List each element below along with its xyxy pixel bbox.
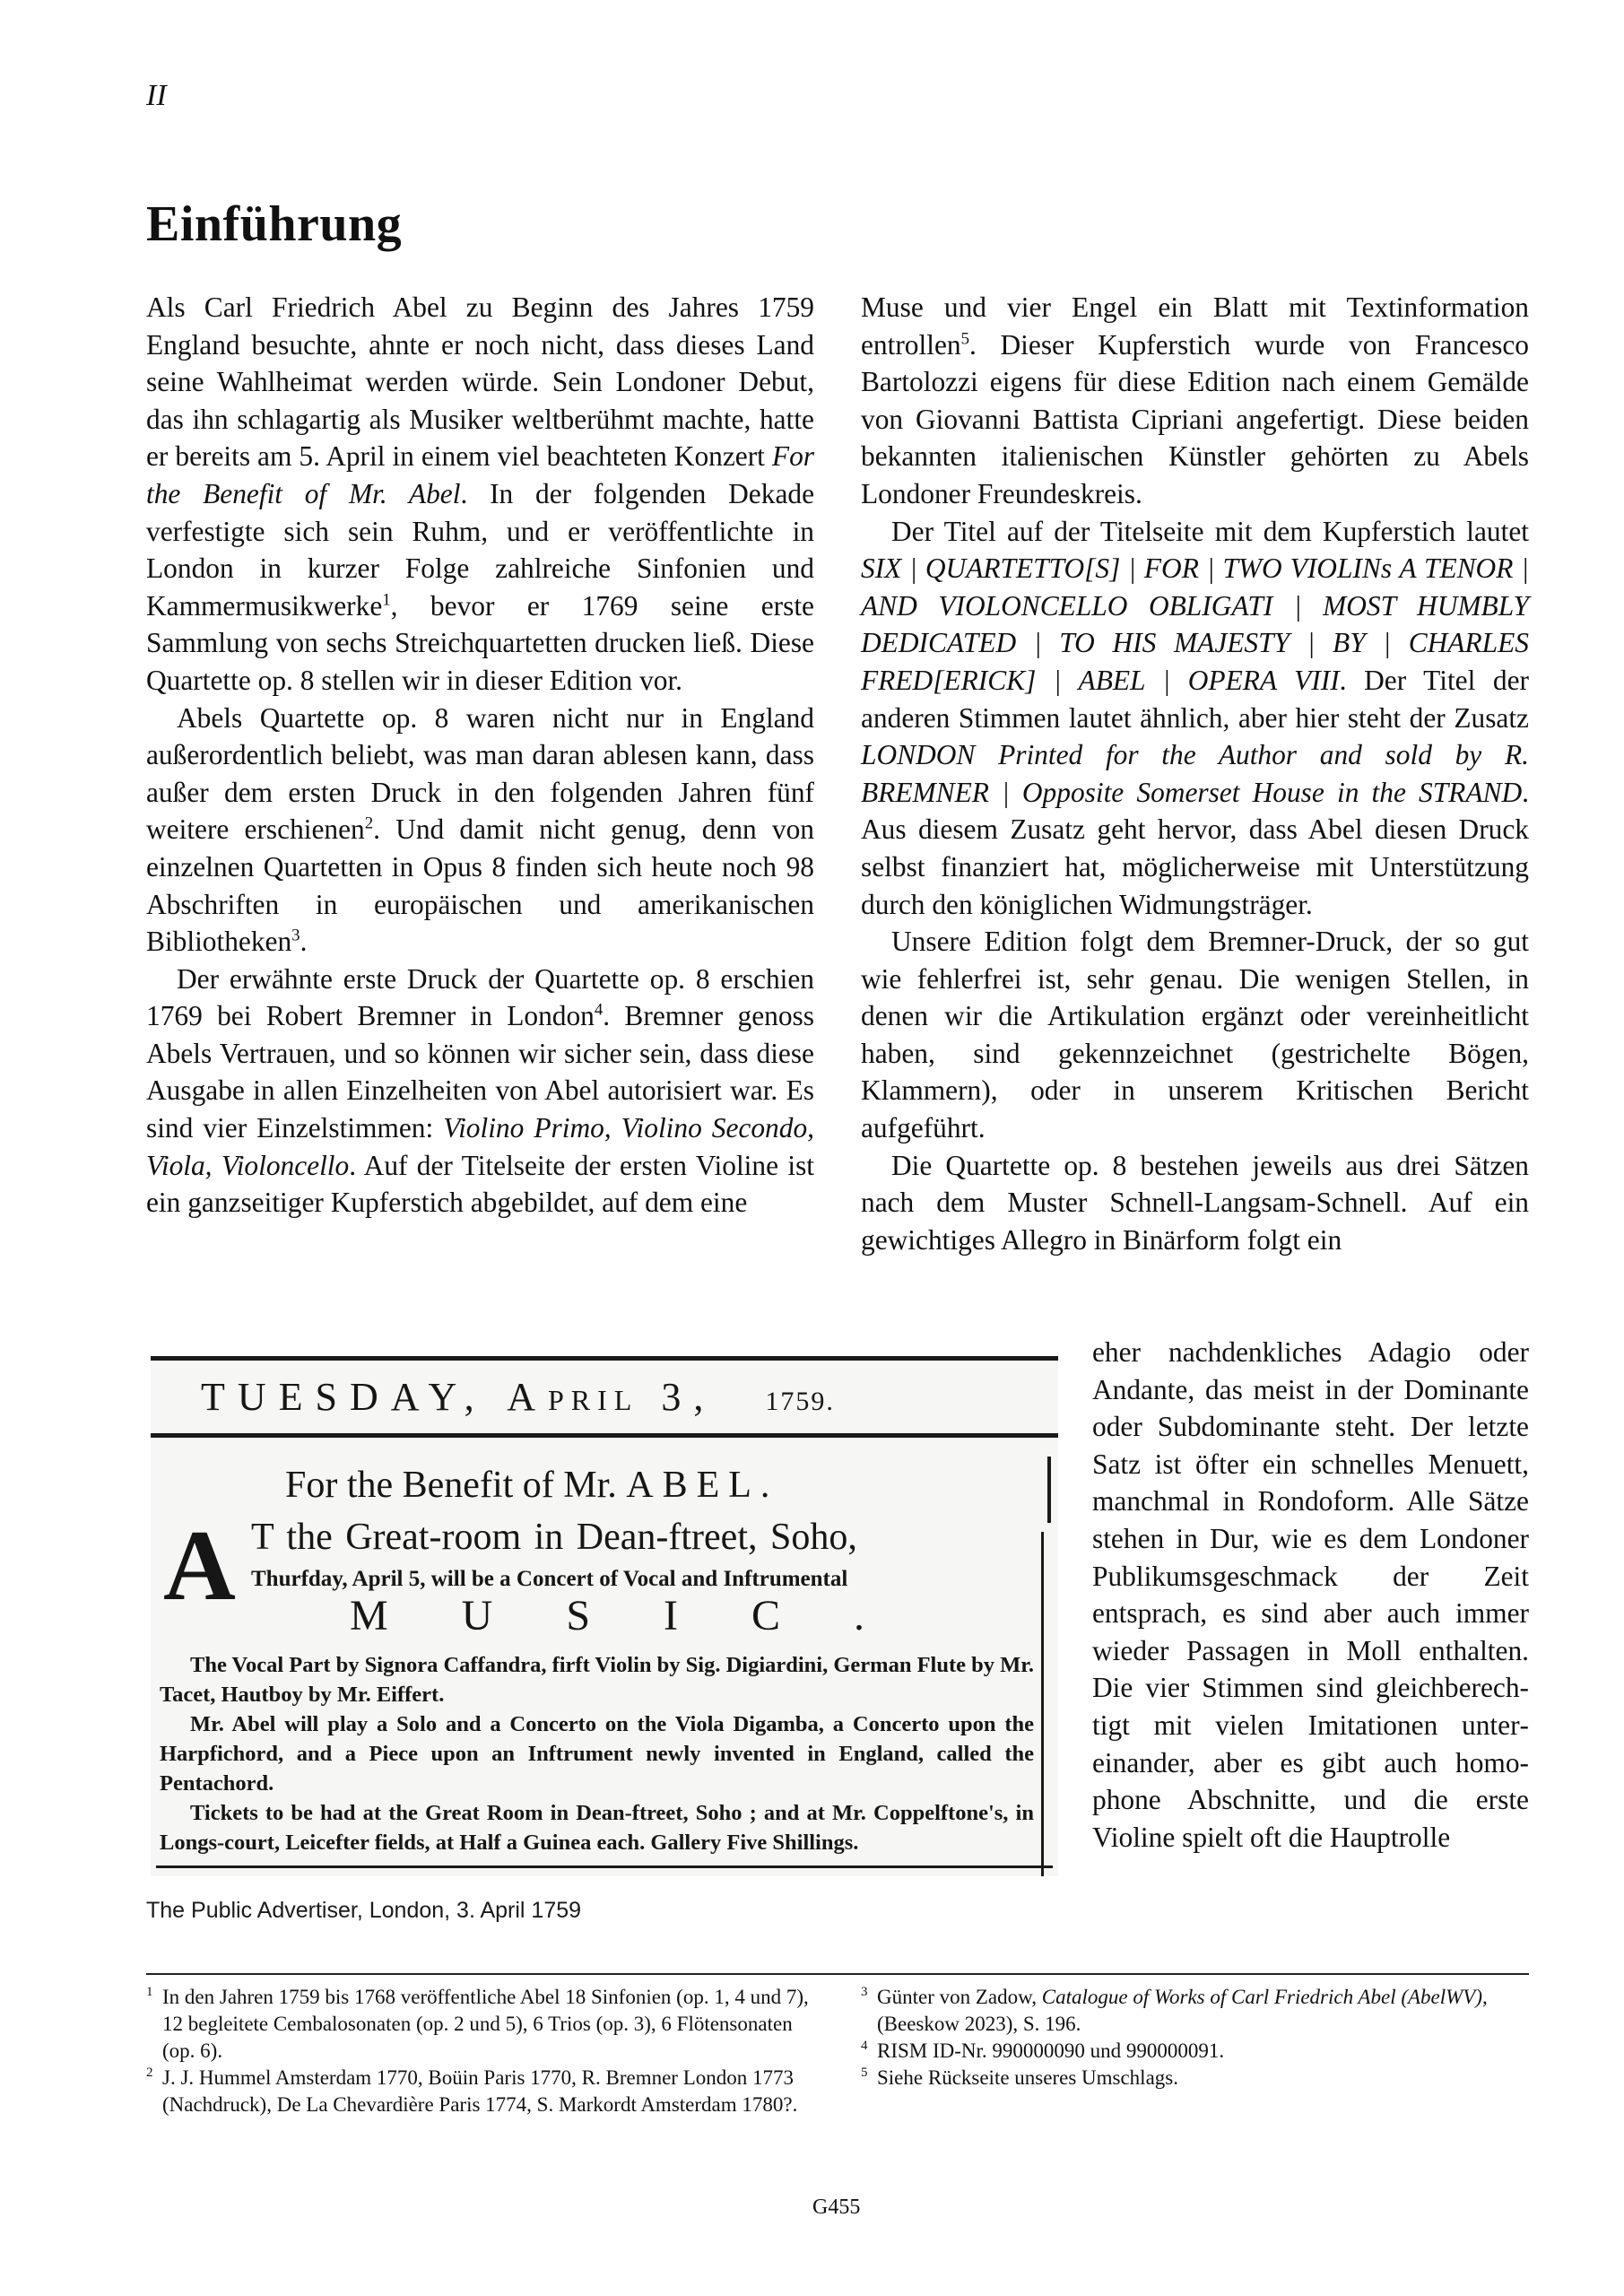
page-folio: G455 <box>812 2196 860 2220</box>
footnote-number: 2 <box>146 2059 153 2086</box>
footnote: 2J. J. Hummel Amsterdam 1770, Boüin Pari… <box>146 2065 810 2118</box>
column-rule <box>1041 1532 1044 1876</box>
clipping-headline: For the Benefit of Mr. ABEL. <box>285 1464 778 1507</box>
clipping-paragraph: Tickets to be had at the Great Room in D… <box>160 1798 1034 1857</box>
footnote-ref[interactable]: 1 <box>382 590 390 609</box>
clipping-body: The Vocal Part by Signora Caffandra, fir… <box>160 1650 1034 1857</box>
page-title: Einführung <box>146 196 402 253</box>
body-column-left: Als Carl Friedrich Abel zu Beginn des Ja… <box>146 289 814 1222</box>
footnote: 5Siehe Rückseite unseres Umschlags. <box>861 2065 1529 2092</box>
footnote: 4RISM ID-Nr. 990000090 und 990000091. <box>861 2038 1529 2065</box>
clipping-drop-cap: A <box>163 1516 236 1616</box>
paragraph: Als Carl Friedrich Abel zu Beginn des Ja… <box>146 289 814 700</box>
paragraph: Der erwähnte erste Druck der Quartette o… <box>146 961 814 1222</box>
body-column-right: Muse und vier Engel ein Blatt mit Textin… <box>861 289 1529 1258</box>
footnote-ref[interactable]: 3 <box>291 926 300 945</box>
clipping-music-heading: MUSIC. <box>350 1591 938 1640</box>
footnotes-right: 3Günter von Zadow, Catalogue of Works of… <box>861 1984 1529 2092</box>
clipping-venue-line: T the Great-room in Dean-ftreet, Soho, <box>251 1516 857 1559</box>
paragraph-continued: eher nachdenkliches Adagio oder Andante,… <box>1092 1334 1529 1856</box>
rule <box>151 1356 1058 1361</box>
footnote-number: 1 <box>146 1979 153 2005</box>
footnote-ref[interactable]: 5 <box>961 329 969 348</box>
footnote: 1In den Jahren 1759 bis 1768 veröffentli… <box>146 1984 810 2065</box>
clipping-dateline: TUESDAY, APRIL 3, 1759. <box>201 1374 835 1420</box>
footnotes-left: 1In den Jahren 1759 bis 1768 veröffentli… <box>146 1984 810 2118</box>
paragraph: Der Titel auf der Titelseite mit dem Kup… <box>861 513 1529 924</box>
footnote-ref[interactable]: 4 <box>595 1001 603 1020</box>
footnote-number: 4 <box>861 2032 868 2059</box>
page-number: II <box>146 79 167 113</box>
footnote: 3Günter von Zadow, Catalogue of Works of… <box>861 1984 1529 2038</box>
imprint-quote-italic: LONDON Printed for the Author and sold b… <box>861 739 1529 808</box>
paragraph: Die Quartette op. 8 bestehen jeweils aus… <box>861 1147 1529 1259</box>
body-column-right-wrap: eher nachdenkliches Adagio oder Andante,… <box>1092 1334 1529 1856</box>
clipping-concert-line: Thurfday, April 5, will be a Concert of … <box>251 1567 847 1592</box>
paragraph: Abels Quartette op. 8 waren nicht nur in… <box>146 700 814 961</box>
rule <box>156 1865 1053 1868</box>
newspaper-clipping-figure: TUESDAY, APRIL 3, 1759. For the Benefit … <box>151 1356 1058 1876</box>
footnote-separator <box>146 1973 1529 1975</box>
paragraph: Muse und vier Engel ein Blatt mit Textin… <box>861 289 1529 513</box>
figure-caption: The Public Advertiser, London, 3. April … <box>146 1898 581 1924</box>
clipping-paragraph: The Vocal Part by Signora Caffandra, fir… <box>160 1650 1034 1709</box>
paragraph: Unsere Edition folgt dem Bremner-Druck, … <box>861 923 1529 1147</box>
clipping-paragraph: Mr. Abel will play a Solo and a Concerto… <box>160 1709 1034 1798</box>
footnote-number: 5 <box>861 2059 868 2086</box>
column-rule <box>1047 1457 1051 1523</box>
footnote-number: 3 <box>861 1979 868 2005</box>
footnote-ref[interactable]: 2 <box>365 814 373 833</box>
rule <box>151 1433 1058 1438</box>
